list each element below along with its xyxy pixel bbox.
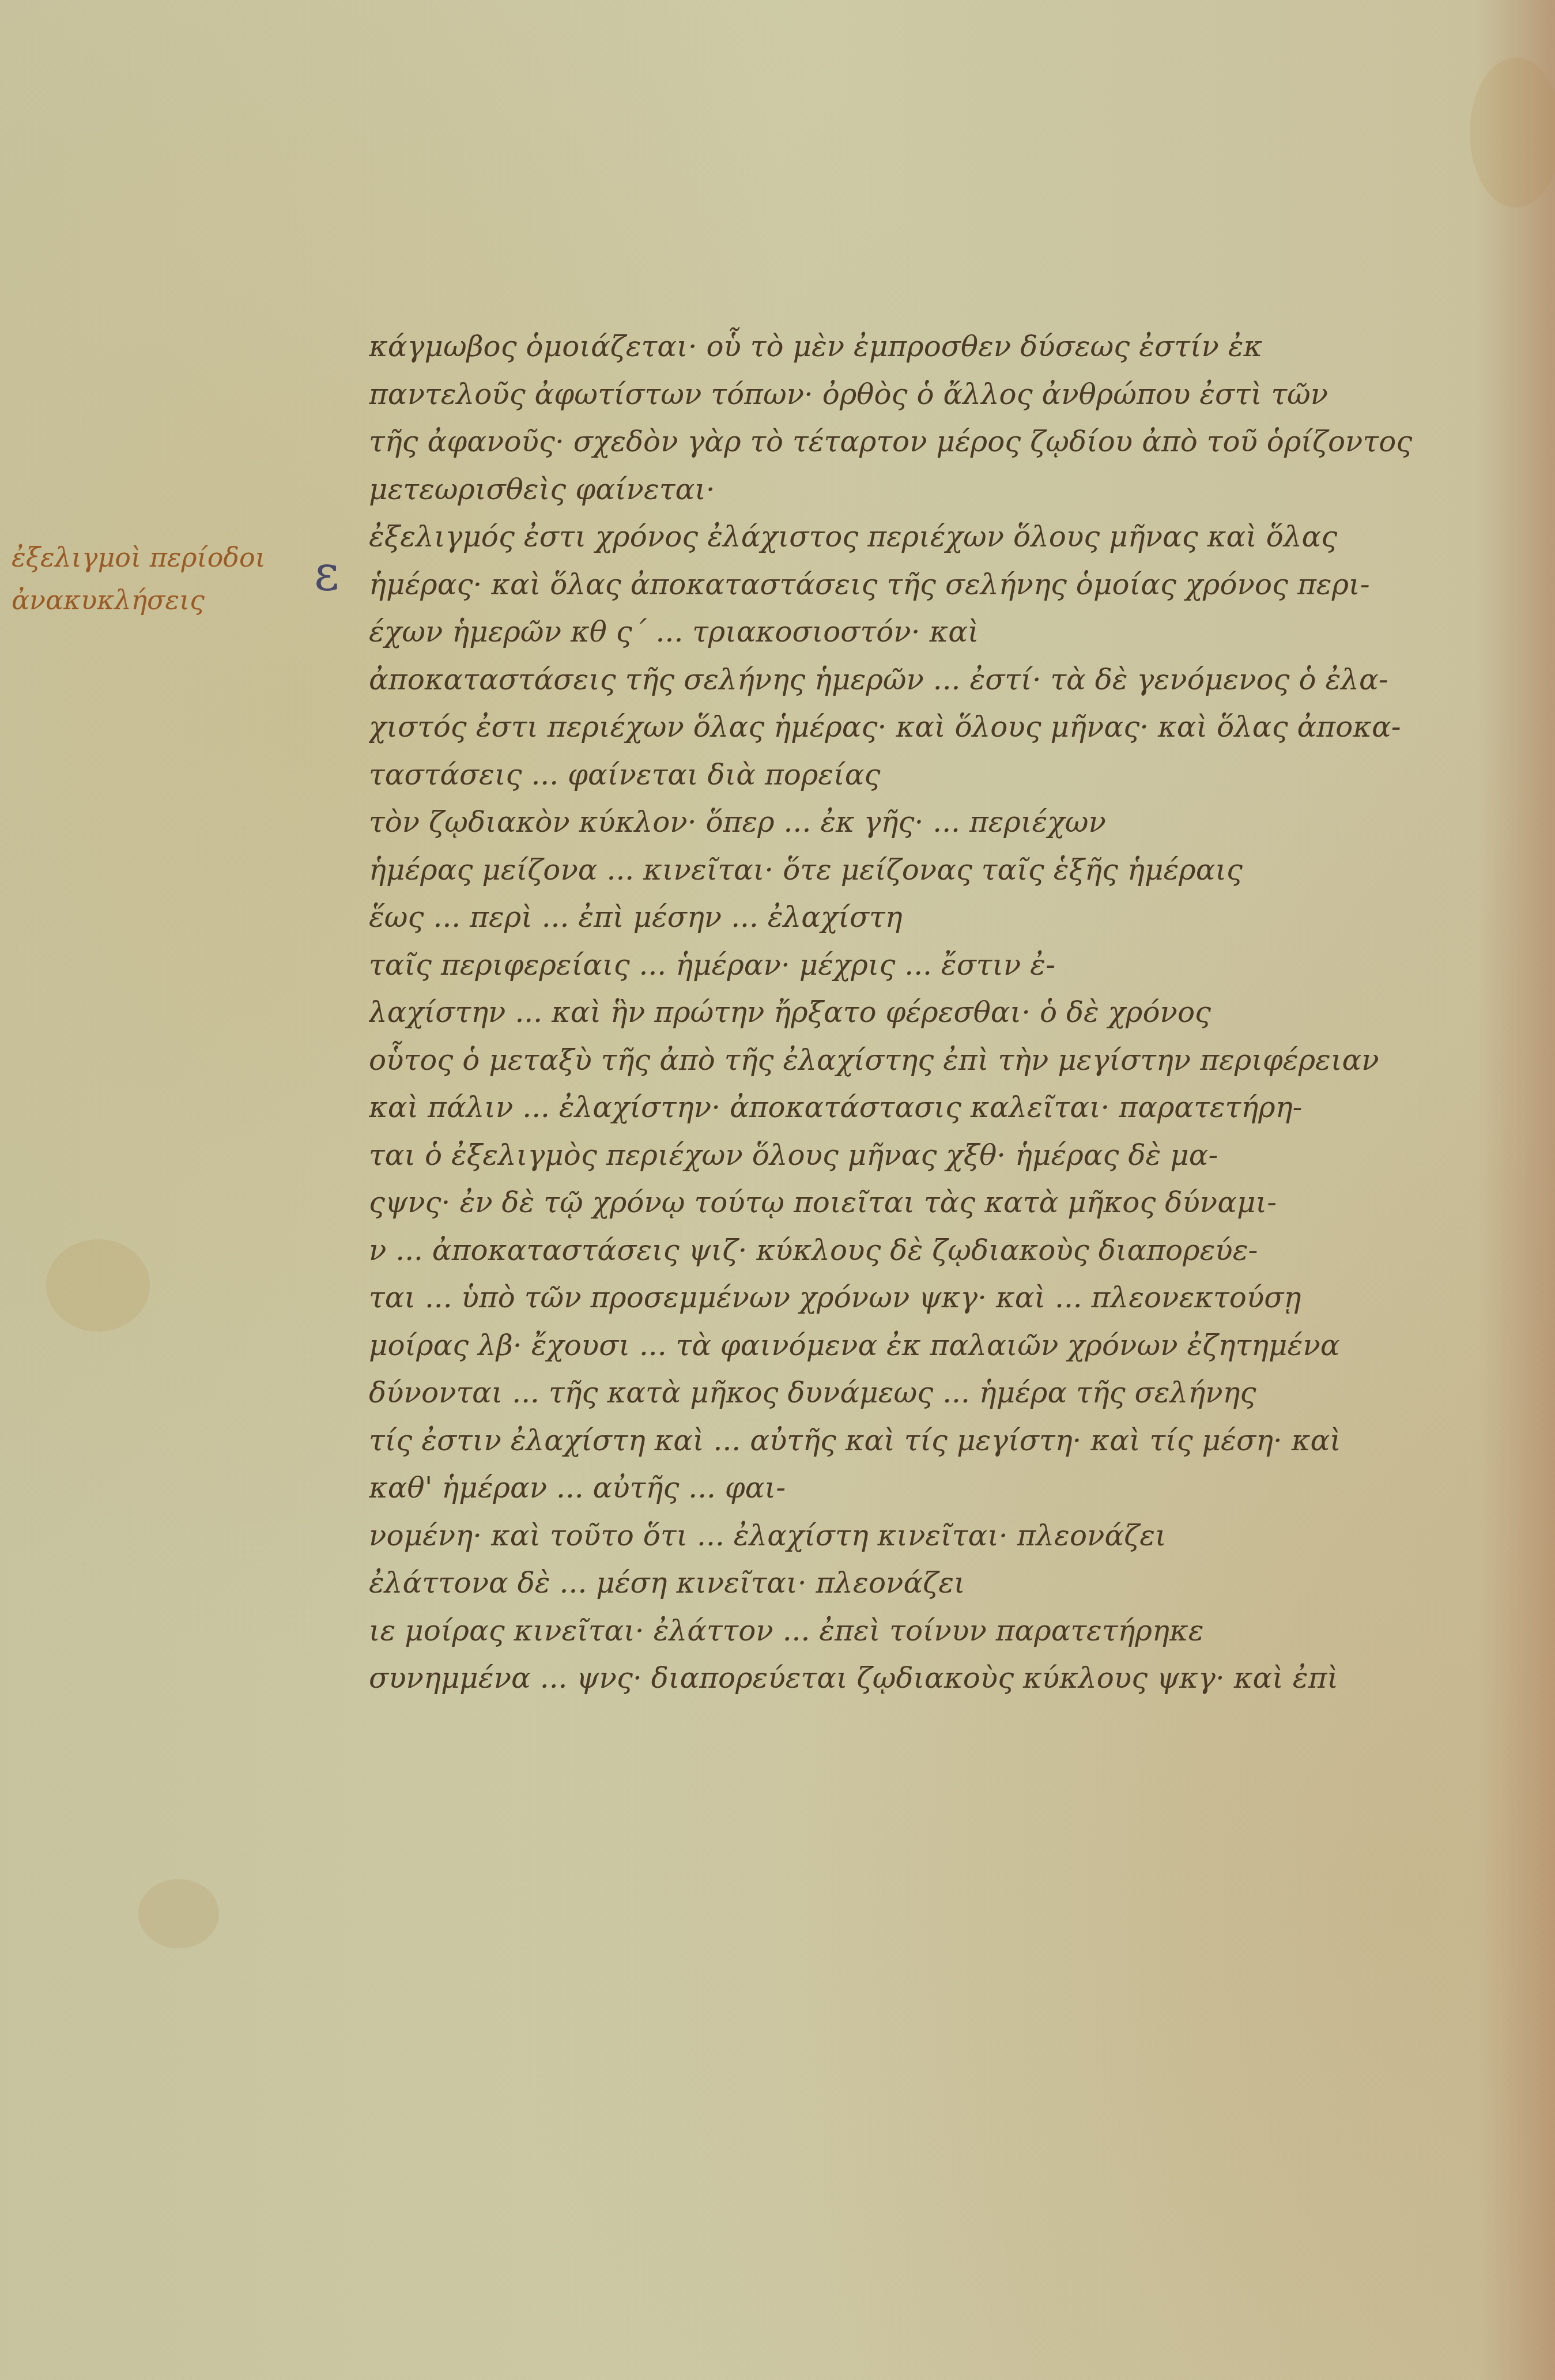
text-line: τῆς ἀφανοῦς· σχεδὸν γὰρ τὸ τέταρτον μέρο…: [369, 418, 1475, 466]
margin-annotation: ἐξελιγμοὶ περίοδοι ἀνακυκλήσεις: [12, 536, 311, 621]
text-line: παντελοῦς ἀφωτίστων τόπων· ὀρθὸς ὁ ἄλλος…: [369, 371, 1475, 418]
text-line: ςψνς· ἐν δὲ τῷ χρόνῳ τούτῳ ποιεῖται τὰς …: [369, 1179, 1475, 1227]
text-line: μοίρας λβ· ἔχουσι ... τὰ φαινόμενα ἐκ πα…: [369, 1322, 1475, 1370]
text-line: καὶ πάλιν ... ἐλαχίστην· ἀποκατάστασις κ…: [369, 1084, 1475, 1131]
text-line: χιστός ἐστι περιέχων ὅλας ἡμέρας· καὶ ὅλ…: [369, 703, 1475, 751]
text-line: ταστάσεις ... φαίνεται διὰ πορείας: [369, 751, 1475, 799]
manuscript-page: ἐξελιγμοὶ περίοδοι ἀνακυκλήσεις ε κάγμωβ…: [0, 0, 1555, 2380]
main-text-block: κάγμωβος ὁμοιάζεται· οὗ τὸ μὲν ἐμπροσθεν…: [369, 323, 1475, 1702]
text-line: ἕως ... περὶ ... ἐπὶ μέσην ... ἐλαχίστη: [369, 893, 1475, 941]
text-line: ται ὁ ἐξελιγμὸς περιέχων ὅλους μῆνας χξθ…: [369, 1131, 1475, 1179]
text-line: τίς ἐστιν ἐλαχίστη καὶ ... αὐτῆς καὶ τίς…: [369, 1417, 1475, 1465]
margin-note-line-1: ἐξελιγμοὶ περίοδοι: [12, 536, 311, 579]
text-line: έχων ἡμερῶν κθ ς΄ ... τριακοσιοστόν· καὶ: [369, 608, 1475, 656]
section-marker: ε: [314, 545, 339, 601]
text-line: μετεωρισθεὶς φαίνεται·: [369, 466, 1475, 514]
text-line: ἐλάττονα δὲ ... μέση κινεῖται· πλεονάζει: [369, 1559, 1475, 1607]
text-line: ται ... ὑπὸ τῶν προσεμμένων χρόνων ψκγ· …: [369, 1274, 1475, 1322]
text-line: ιε μοίρας κινεῖται· ἐλάττον ... ἐπεὶ τοί…: [369, 1607, 1475, 1655]
stain: [46, 1239, 150, 1332]
text-line: δύνονται ... τῆς κατὰ μῆκος δυνάμεως ...…: [369, 1369, 1475, 1417]
text-line: ν ... ἀποκαταστάσεις ψιζ· κύκλους δὲ ζῳδ…: [369, 1227, 1475, 1274]
text-line: οὗτος ὁ μεταξὺ τῆς ἀπὸ τῆς ἐλαχίστης ἐπὶ…: [369, 1036, 1475, 1084]
text-line: ἡμέρας· καὶ ὅλας ἀποκαταστάσεις τῆς σελή…: [369, 561, 1475, 609]
text-line: καθ' ἡμέραν ... αὐτῆς ... φαι-: [369, 1464, 1475, 1512]
text-line: νομένη· καὶ τοῦτο ὅτι ... ἐλαχίστη κινεῖ…: [369, 1512, 1475, 1560]
text-line: ἐξελιγμός ἐστι χρόνος ἐλάχιστος περιέχων…: [369, 513, 1475, 561]
margin-note-line-2: ἀνακυκλήσεις: [12, 579, 311, 621]
stain: [1470, 58, 1555, 208]
stain: [138, 1879, 219, 1948]
text-line: ἡμέρας μείζονα ... κινεῖται· ὅτε μείζονα…: [369, 846, 1475, 894]
text-line: λαχίστην ... καὶ ἣν πρώτην ἤρξατο φέρεσθ…: [369, 989, 1475, 1036]
text-line: τὸν ζῳδιακὸν κύκλον· ὅπερ ... ἐκ γῆς· ..…: [369, 798, 1475, 846]
text-line: κάγμωβος ὁμοιάζεται· οὗ τὸ μὲν ἐμπροσθεν…: [369, 323, 1475, 371]
text-line: ταῖς περιφερείαις ... ἡμέραν· μέχρις ...…: [369, 941, 1475, 989]
text-line: συνημμένα ... ψνς· διαπορεύεται ζῳδιακοὺ…: [369, 1654, 1475, 1702]
text-line: ἀποκαταστάσεις τῆς σελήνης ἡμερῶν ... ἐσ…: [369, 656, 1475, 704]
